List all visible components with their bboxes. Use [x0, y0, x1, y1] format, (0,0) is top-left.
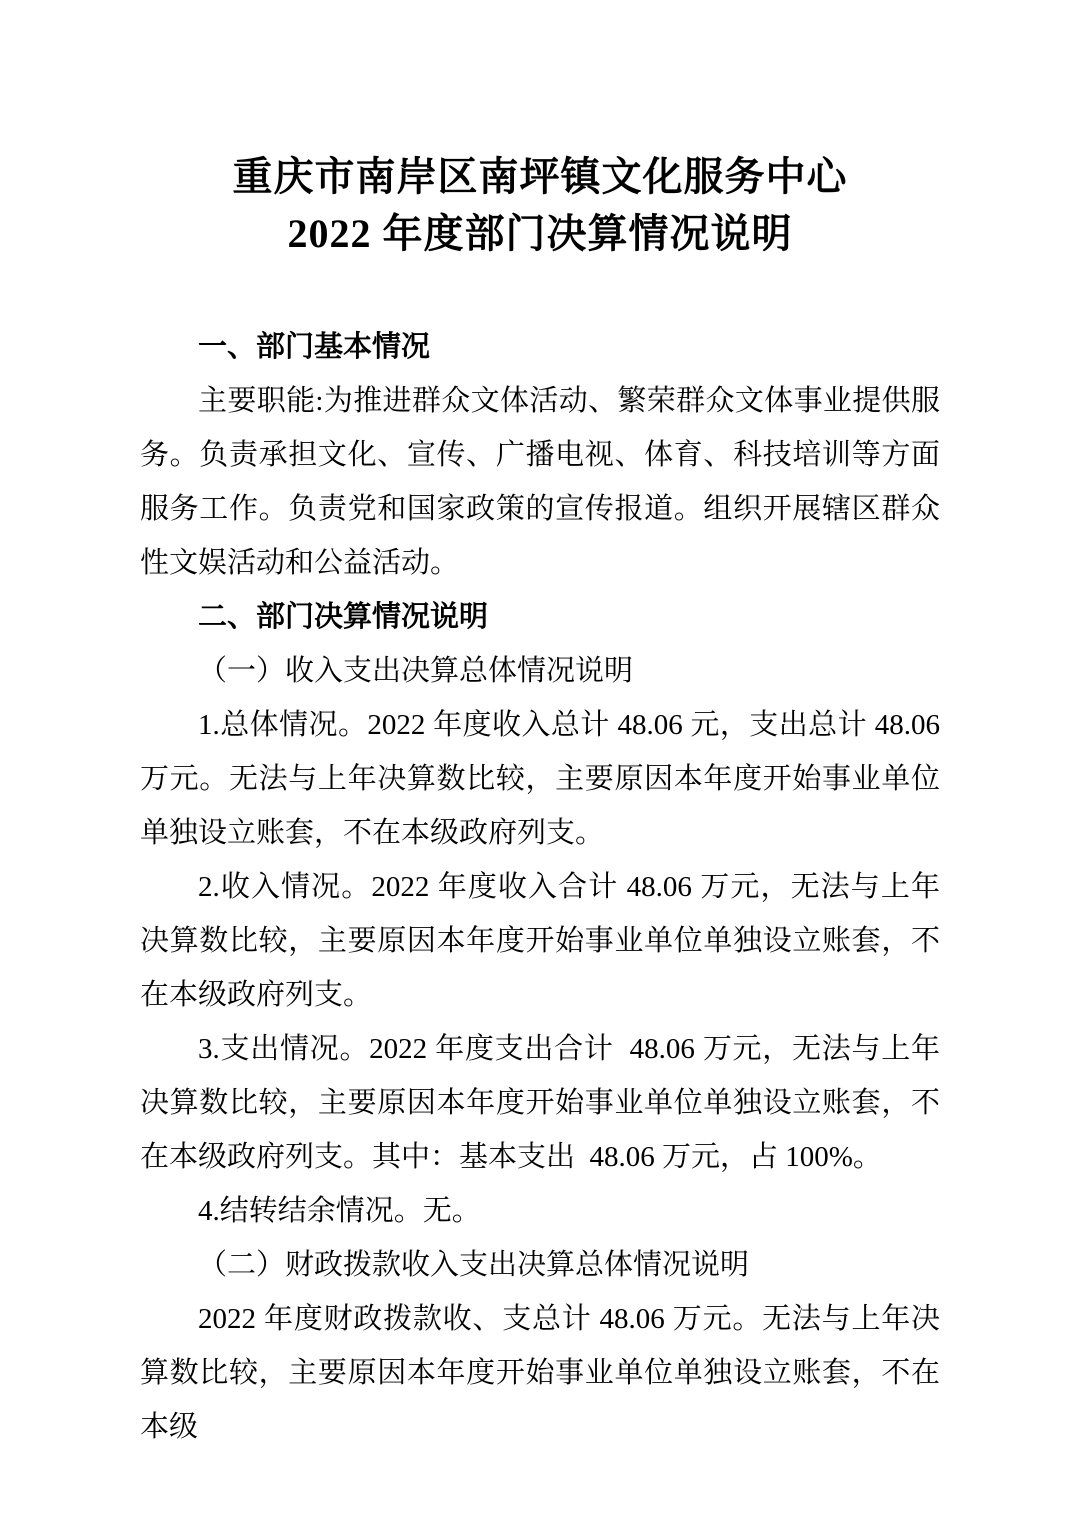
body-paragraph: 2.收入情况。2022 年度收入合计 48.06 万元，无法与上年决算数比较，主… — [140, 860, 940, 1022]
body-paragraph: 主要职能:为推进群众文体活动、繁荣群众文体事业提供服务。负责承担文化、宣传、广播… — [140, 374, 940, 590]
document-title-line1: 重庆市南岸区南坪镇文化服务中心 — [140, 148, 940, 205]
section-heading: 一、部门基本情况 — [140, 320, 940, 374]
body-paragraph: 1.总体情况。2022 年度收入总计 48.06 元，支出总计 48.06 万元… — [140, 698, 940, 860]
body-paragraph: 2022 年度财政拨款收、支总计 48.06 万元。无法与上年决算数比较，主要原… — [140, 1292, 940, 1454]
body-paragraph: 4.结转结余情况。无。 — [140, 1184, 940, 1238]
document-title-line2: 2022 年度部门决算情况说明 — [140, 205, 940, 262]
section-subheading: （二）财政拨款收入支出决算总体情况说明 — [140, 1238, 940, 1292]
section-heading: 二、部门决算情况说明 — [140, 590, 940, 644]
body-paragraph: 3.支出情况。2022 年度支出合计 48.06 万元，无法与上年决算数比较，主… — [140, 1022, 940, 1184]
section-subheading: （一）收入支出决算总体情况说明 — [140, 644, 940, 698]
document-page: 重庆市南岸区南坪镇文化服务中心 2022 年度部门决算情况说明 一、部门基本情况… — [0, 0, 1074, 1520]
document-body: 一、部门基本情况主要职能:为推进群众文体活动、繁荣群众文体事业提供服务。负责承担… — [140, 320, 940, 1454]
document-title: 重庆市南岸区南坪镇文化服务中心 2022 年度部门决算情况说明 — [140, 148, 940, 262]
